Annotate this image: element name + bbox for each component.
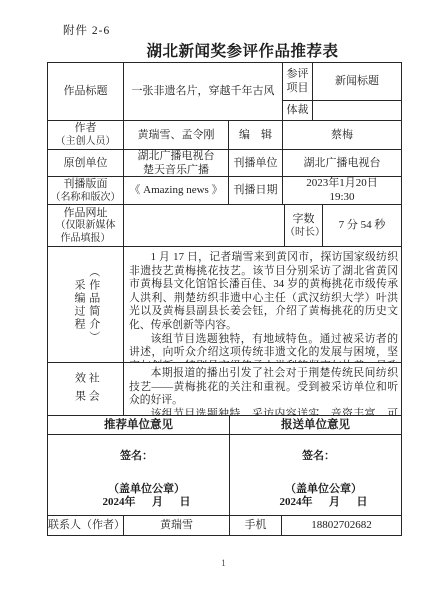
entry-item-row: 参评项目 新闻标题 [282,63,401,100]
publish-unit-label: 刊播单位 [228,150,282,177]
duration-label-line2: （时长） [285,227,322,240]
form-title: 湖北新闻奖参评作品推荐表 [0,39,447,61]
submit-date-label: 2024年 月 日 [264,496,368,510]
publish-page-label-line2: （名称和版次） [51,192,121,205]
work-title-label: 作品标题 [48,63,123,120]
row-contact: 联系人（作者） 黄瑞雪 手机 18802702682 [48,515,401,535]
row-publish-page: 刊播版面 （名称和版次） 《 Amazing news 》 刊播日期 2023年… [48,176,401,204]
social-effect-content: 本期报道的播出引发了社会对于荆楚传统民间纺织技艺——黄梅挑花的关注和重视。受到被… [123,363,403,416]
mobile-value: 18802702682 [281,516,401,536]
editor-value: 蔡梅 [282,121,401,150]
original-unit-line2: 楚天音乐广播 [143,164,209,178]
duration-label: 字数 （时长） [284,205,322,247]
row-opinion-headers: 推荐单位意见 报送单位意见 [48,415,401,434]
process-paragraph-1: 1 月 17 日，记者瑞雪来到黄冈市，探访国家级纺织非遗技艺黄梅挑花技艺。该节目… [129,251,398,333]
duration-label-line1: 字数 [293,213,315,227]
submit-sign-label: 签名： [302,450,335,464]
process-label: 采编过程 （作品简介） [48,247,123,363]
process-label-main: 采编过程 [71,279,85,331]
recommend-opinion-header: 推荐单位意见 [48,416,229,435]
publish-date-line1: 2023年1月20日 [306,177,378,191]
work-url-label-line1: 作品网址 [64,207,108,221]
editor-label: 编 辑 [228,121,282,150]
author-label: 作者 （主创人员） [48,121,123,150]
publish-page-label: 刊播版面 （名称和版次） [48,177,123,205]
social-effect-paragraph-1: 本期报道的播出引发了社会对于荆楚传统民间纺织技艺——黄梅挑花的关注和重视。受到被… [129,367,398,408]
genre-label: 体裁 [282,101,312,121]
original-unit-line1: 湖北广播电视台 [138,150,215,164]
publish-date-label: 刊播日期 [228,177,282,205]
row-author: 作者 （主创人员） 黄瑞雪、孟令刚 编 辑 蔡梅 [48,120,401,149]
page-number: 1 [0,558,447,568]
submit-opinion-header: 报送单位意见 [229,416,401,435]
author-value: 黄瑞雪、孟令刚 [123,121,228,150]
recommend-date-label: 2024年 月 日 [87,496,191,510]
attachment-label: 附件 2-6 [63,22,110,38]
row-signatures: 签名： （盖单位公章） 2024年 月 日 签名： （盖单位公章） 2024年 … [48,434,401,515]
process-paragraph-2: 该组节目选题独特，有地域特色。通过被采访者的讲述，向听众介绍这项传统非遗文化的发… [129,333,398,363]
work-url-label-line3: 作品填报） [61,233,111,246]
social-effect-paragraph-2: 该组节目选题独特，采访内容详实，音资丰富，可听性强。 [129,408,398,416]
publish-page-label-line1: 刊播版面 [64,178,108,192]
submit-signature-block: 签名： （盖单位公章） 2024年 月 日 [229,435,401,516]
genre-row: 体裁 [282,100,401,120]
genre-value [312,101,401,121]
work-url-label-line2: （仅限新媒体 [56,220,116,233]
work-title-value: 一张非遗名片，穿越千年古风 [123,63,282,120]
work-url-label: 作品网址 （仅限新媒体 作品填报） [48,205,123,247]
contact-value: 黄瑞雪 [123,516,229,536]
contact-label: 联系人（作者） [48,516,123,536]
recommend-signature-block: 签名： （盖单位公章） 2024年 月 日 [48,435,229,516]
row-original-unit: 原创单位 湖北广播电视台 楚天音乐广播 刊播单位 湖北广播电视台 [48,149,401,176]
work-url-value [123,205,284,247]
entry-item-value: 新闻标题 [312,63,401,100]
author-label-line1: 作者 [75,122,97,136]
social-effect-label-text: 社会效果 [72,363,100,416]
recommendation-table: 作品标题 一张非遗名片，穿越千年古风 参评项目 新闻标题 体裁 作者 （主创人员… [47,62,402,536]
entry-genre-group: 参评项目 新闻标题 体裁 [282,63,401,120]
row-process: 采编过程 （作品简介） 1 月 17 日，记者瑞雪来到黄冈市，探访国家级纺织非遗… [48,246,401,362]
process-content: 1 月 17 日，记者瑞雪来到黄冈市，探访国家级纺织非遗技艺黄梅挑花技艺。该节目… [123,247,403,363]
publish-unit-value: 湖北广播电视台 [282,150,401,177]
publish-date-value: 2023年1月20日 19:30 [282,177,401,205]
process-label-sub: （作品简介） [86,266,100,344]
row-social-effect: 社会效果 本期报道的播出引发了社会对于荆楚传统民间纺织技艺——黄梅挑花的关注和重… [48,362,401,415]
row-work-url: 作品网址 （仅限新媒体 作品填报） 字数 （时长） 7 分 54 秒 [48,204,401,246]
publish-page-value: 《 Amazing news 》 [123,177,228,205]
submit-seal-label: （盖单位公章） [269,483,362,497]
publish-date-line2: 19:30 [329,191,354,205]
duration-value: 7 分 54 秒 [322,205,401,247]
recommend-seal-label: （盖单位公章） [92,483,185,497]
original-unit-label: 原创单位 [48,150,123,177]
author-label-line2: （主创人员） [56,136,116,149]
entry-item-label: 参评项目 [282,63,312,100]
row-work-title: 作品标题 一张非遗名片，穿越千年古风 参评项目 新闻标题 体裁 [48,63,401,120]
social-effect-label: 社会效果 [48,363,123,416]
recommend-sign-label: 签名： [120,450,153,464]
mobile-label: 手机 [229,516,281,536]
original-unit-value: 湖北广播电视台 楚天音乐广播 [123,150,228,177]
